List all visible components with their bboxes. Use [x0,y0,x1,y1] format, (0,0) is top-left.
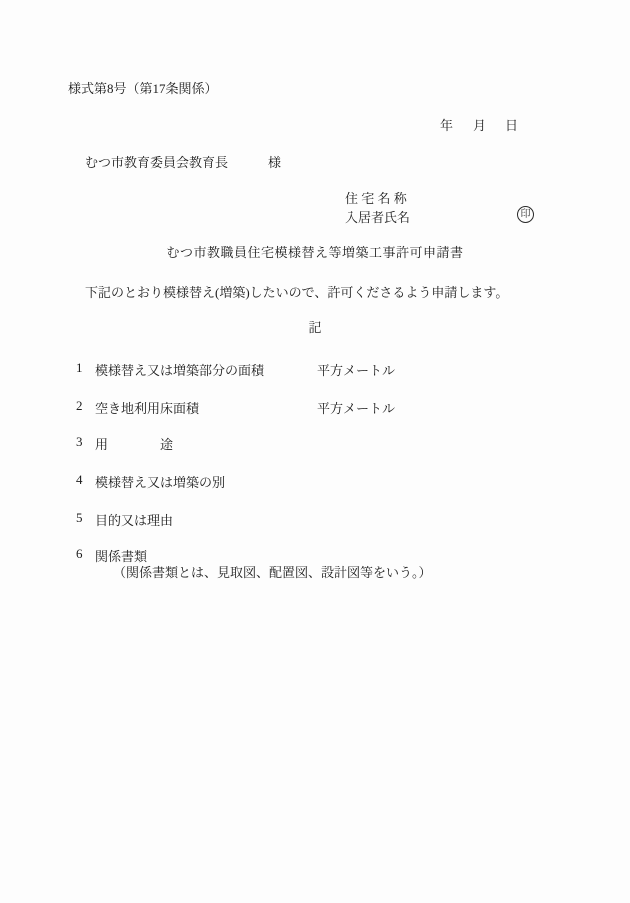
resident-name-label: 入居者氏名 [345,211,410,224]
date-year-label: 年 [440,115,453,134]
item-label: 空き地利用床面積 [95,398,199,417]
seal-mark-character: 印 [521,210,531,220]
item-number: 5 [76,510,83,526]
list-item-4: 4 模様替え又は増築の別 [0,472,630,488]
document-page: 様式第8号（第17条関係） 年 月 日 むつ市教育委員会教育長 様 住 宅 名 … [0,0,630,903]
list-item-3: 3 用 途 [0,434,630,450]
list-heading: 記 [0,321,630,334]
item-label: 目的又は理由 [95,510,173,529]
related-documents-note: （関係書類とは、見取図、配置図、設計図等をいう。） [113,566,432,579]
housing-name-label: 住 宅 名 称 [345,192,407,205]
item-number: 6 [76,546,83,562]
addressee-honorific: 様 [268,156,281,169]
date-day-label: 日 [505,115,518,134]
seal-mark-icon: 印 [517,206,534,223]
list-item-5: 5 目的又は理由 [0,510,630,526]
date-month-label: 月 [473,115,486,134]
item-number: 3 [76,434,83,450]
item-label: 関係書類 [95,546,147,565]
item-number: 4 [76,472,83,488]
item-label: 用 途 [95,434,173,453]
item-label: 模様替え又は増築部分の面積 [95,360,264,379]
list-item-1: 1 模様替え又は増築部分の面積 平方メートル [0,360,630,376]
item-number: 1 [76,360,83,376]
document-title: むつ市教職員住宅模様替え等増築工事許可申請書 [0,246,630,259]
item-label: 模様替え又は増築の別 [95,472,225,491]
form-number: 様式第8号（第17条関係） [68,82,218,95]
application-statement: 下記のとおり模様替え(増築)したいので、許可くださるよう申請します。 [85,286,508,299]
item-unit: 平方メートル [317,398,395,417]
item-number: 2 [76,398,83,414]
item-unit: 平方メートル [317,360,395,379]
list-item-6: 6 関係書類 [0,546,630,562]
addressee-name: むつ市教育委員会教育長 [85,156,228,169]
list-item-2: 2 空き地利用床面積 平方メートル [0,398,630,414]
